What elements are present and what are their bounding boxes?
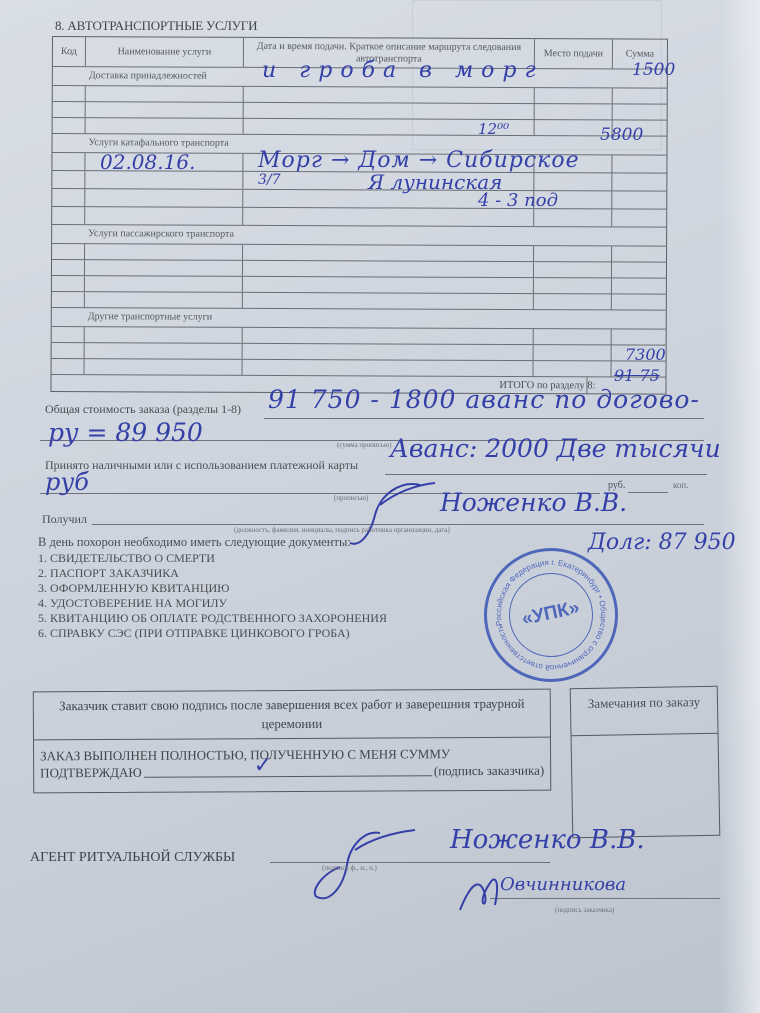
order-cost-caption: (сумма прописью)	[337, 441, 392, 449]
document-item: 5. КВИТАНЦИЮ ОБ ОПЛАТЕ РОДСТВЕННОГО ЗАХО…	[38, 611, 387, 626]
agent-label: АГЕНТ РИТУАЛЬНОЙ СЛУЖБЫ	[30, 850, 235, 866]
document-item: 4. УДОСТОВЕРЕНИЕ НА МОГИЛУ	[38, 596, 387, 611]
handwritten-hearse-sum: 5800	[600, 125, 643, 145]
kop-line	[628, 492, 668, 493]
handwritten-hearse-time: 12⁰⁰	[478, 120, 509, 138]
customer-sign-caption: (подпись заказчика)	[555, 906, 614, 914]
table-row	[52, 188, 666, 209]
document-item: 2. ПАСПОРТ ЗАКАЗЧИКА	[38, 566, 387, 581]
group-passenger: Услуги пассажирского транспорта	[52, 224, 666, 246]
section-title: 8. АВТОТРАНСПОРТНЫЕ УСЛУГИ	[55, 18, 257, 34]
group-other: Другие транспортные услуги	[52, 307, 666, 329]
header-code: Код	[53, 37, 85, 66]
document-item: 3. ОФОРМЛЕННУЮ КВИТАНЦИЮ	[38, 581, 387, 596]
table-row	[52, 275, 666, 294]
documents-title: В день похорон необходимо иметь следующи…	[38, 535, 387, 550]
company-stamp: Российская Федерация г. Екатеринбург • О…	[472, 536, 631, 695]
check-mark: ✓	[254, 757, 273, 774]
handwritten-delivery-description: и гроба в морг	[262, 58, 544, 83]
agent-caption: (подпись ф., и., о.)	[322, 864, 377, 872]
handwritten-customer-name: Овчинникова	[500, 874, 626, 895]
received-caption: (должность, фамилия, инициалы, подпись р…	[234, 526, 450, 534]
handwritten-hearse-entrance: 4 - 3 под	[478, 190, 558, 211]
table-row	[53, 85, 667, 104]
handwritten-payment-2: руб	[45, 468, 89, 496]
received-label: Получил	[42, 512, 87, 527]
statement-line-2: ПОДТВЕРЖДАЮ	[40, 764, 142, 782]
handwritten-delivery-sum: 1500	[632, 60, 675, 80]
table-row	[53, 101, 667, 120]
document-item: 1. СВИДЕТЕЛЬСТВО О СМЕРТИ	[38, 551, 387, 566]
group-label: Другие транспортные услуги	[88, 311, 212, 323]
header-place: Место подачи	[534, 39, 612, 68]
kop-label: коп.	[673, 480, 688, 490]
document-item: 6. СПРАВКУ СЭС (ПРИ ОТПРАВКЕ ЦИНКОВОГО Г…	[38, 626, 387, 641]
customer-sign-line	[490, 898, 720, 899]
handwritten-order-cost-1: 91 750 - 1800 аванс по догово-	[268, 385, 700, 414]
paper-edge	[720, 0, 760, 1013]
handwritten-debt-note: Долг: 87 950	[588, 530, 736, 555]
required-documents: В день похорон необходимо иметь следующи…	[38, 535, 387, 641]
transport-services-table: Код Наименование услуги Дата и время под…	[50, 36, 668, 395]
handwritten-total-struck: 91 75	[614, 366, 660, 385]
handwritten-agent-name: Ноженко В.В.	[450, 825, 645, 855]
group-label: Услуги пассажирского транспорта	[88, 228, 234, 240]
handwritten-order-cost-2: ру = 89 950	[48, 418, 203, 447]
remarks-box: Замечания по заказу	[570, 686, 721, 839]
confirmation-note: Заказчик ставит свою подпись после завер…	[34, 690, 550, 741]
payment-label: Принято наличными или с использованием п…	[45, 458, 358, 473]
group-label: Услуги катафального транспорта	[89, 137, 229, 149]
customer-confirmation-box: Заказчик ставит свою подпись после завер…	[33, 689, 552, 794]
handwritten-payment-1: Аванс: 2000 Две тысячи	[390, 434, 721, 463]
order-cost-label: Общая стоимость заказа (разделы 1-8)	[45, 402, 241, 417]
remarks-title: Замечания по заказу	[571, 687, 718, 737]
header-name: Наименование услуги	[85, 37, 243, 67]
handwritten-route-note: 3/7	[258, 172, 281, 188]
table-row	[52, 259, 666, 278]
signature-caption: (подпись заказчика)	[434, 762, 544, 780]
table-row	[52, 326, 666, 345]
order-cost-line	[264, 418, 704, 419]
customer-signature-line[interactable]: ✓	[144, 762, 432, 778]
handwritten-hearse-date: 02.08.16.	[100, 150, 195, 174]
confirmation-statement: ЗАКАЗ ВЫПОЛНЕН ПОЛНОСТЬЮ, ПОЛУЧЕННУЮ С М…	[34, 738, 550, 782]
table-row	[52, 243, 666, 262]
handwritten-total-corrected: 7300	[625, 345, 666, 364]
group-label: Доставка принадлежностей	[89, 70, 207, 82]
handwritten-received: Ноженко В.В.	[440, 488, 627, 517]
table-row	[52, 342, 666, 361]
